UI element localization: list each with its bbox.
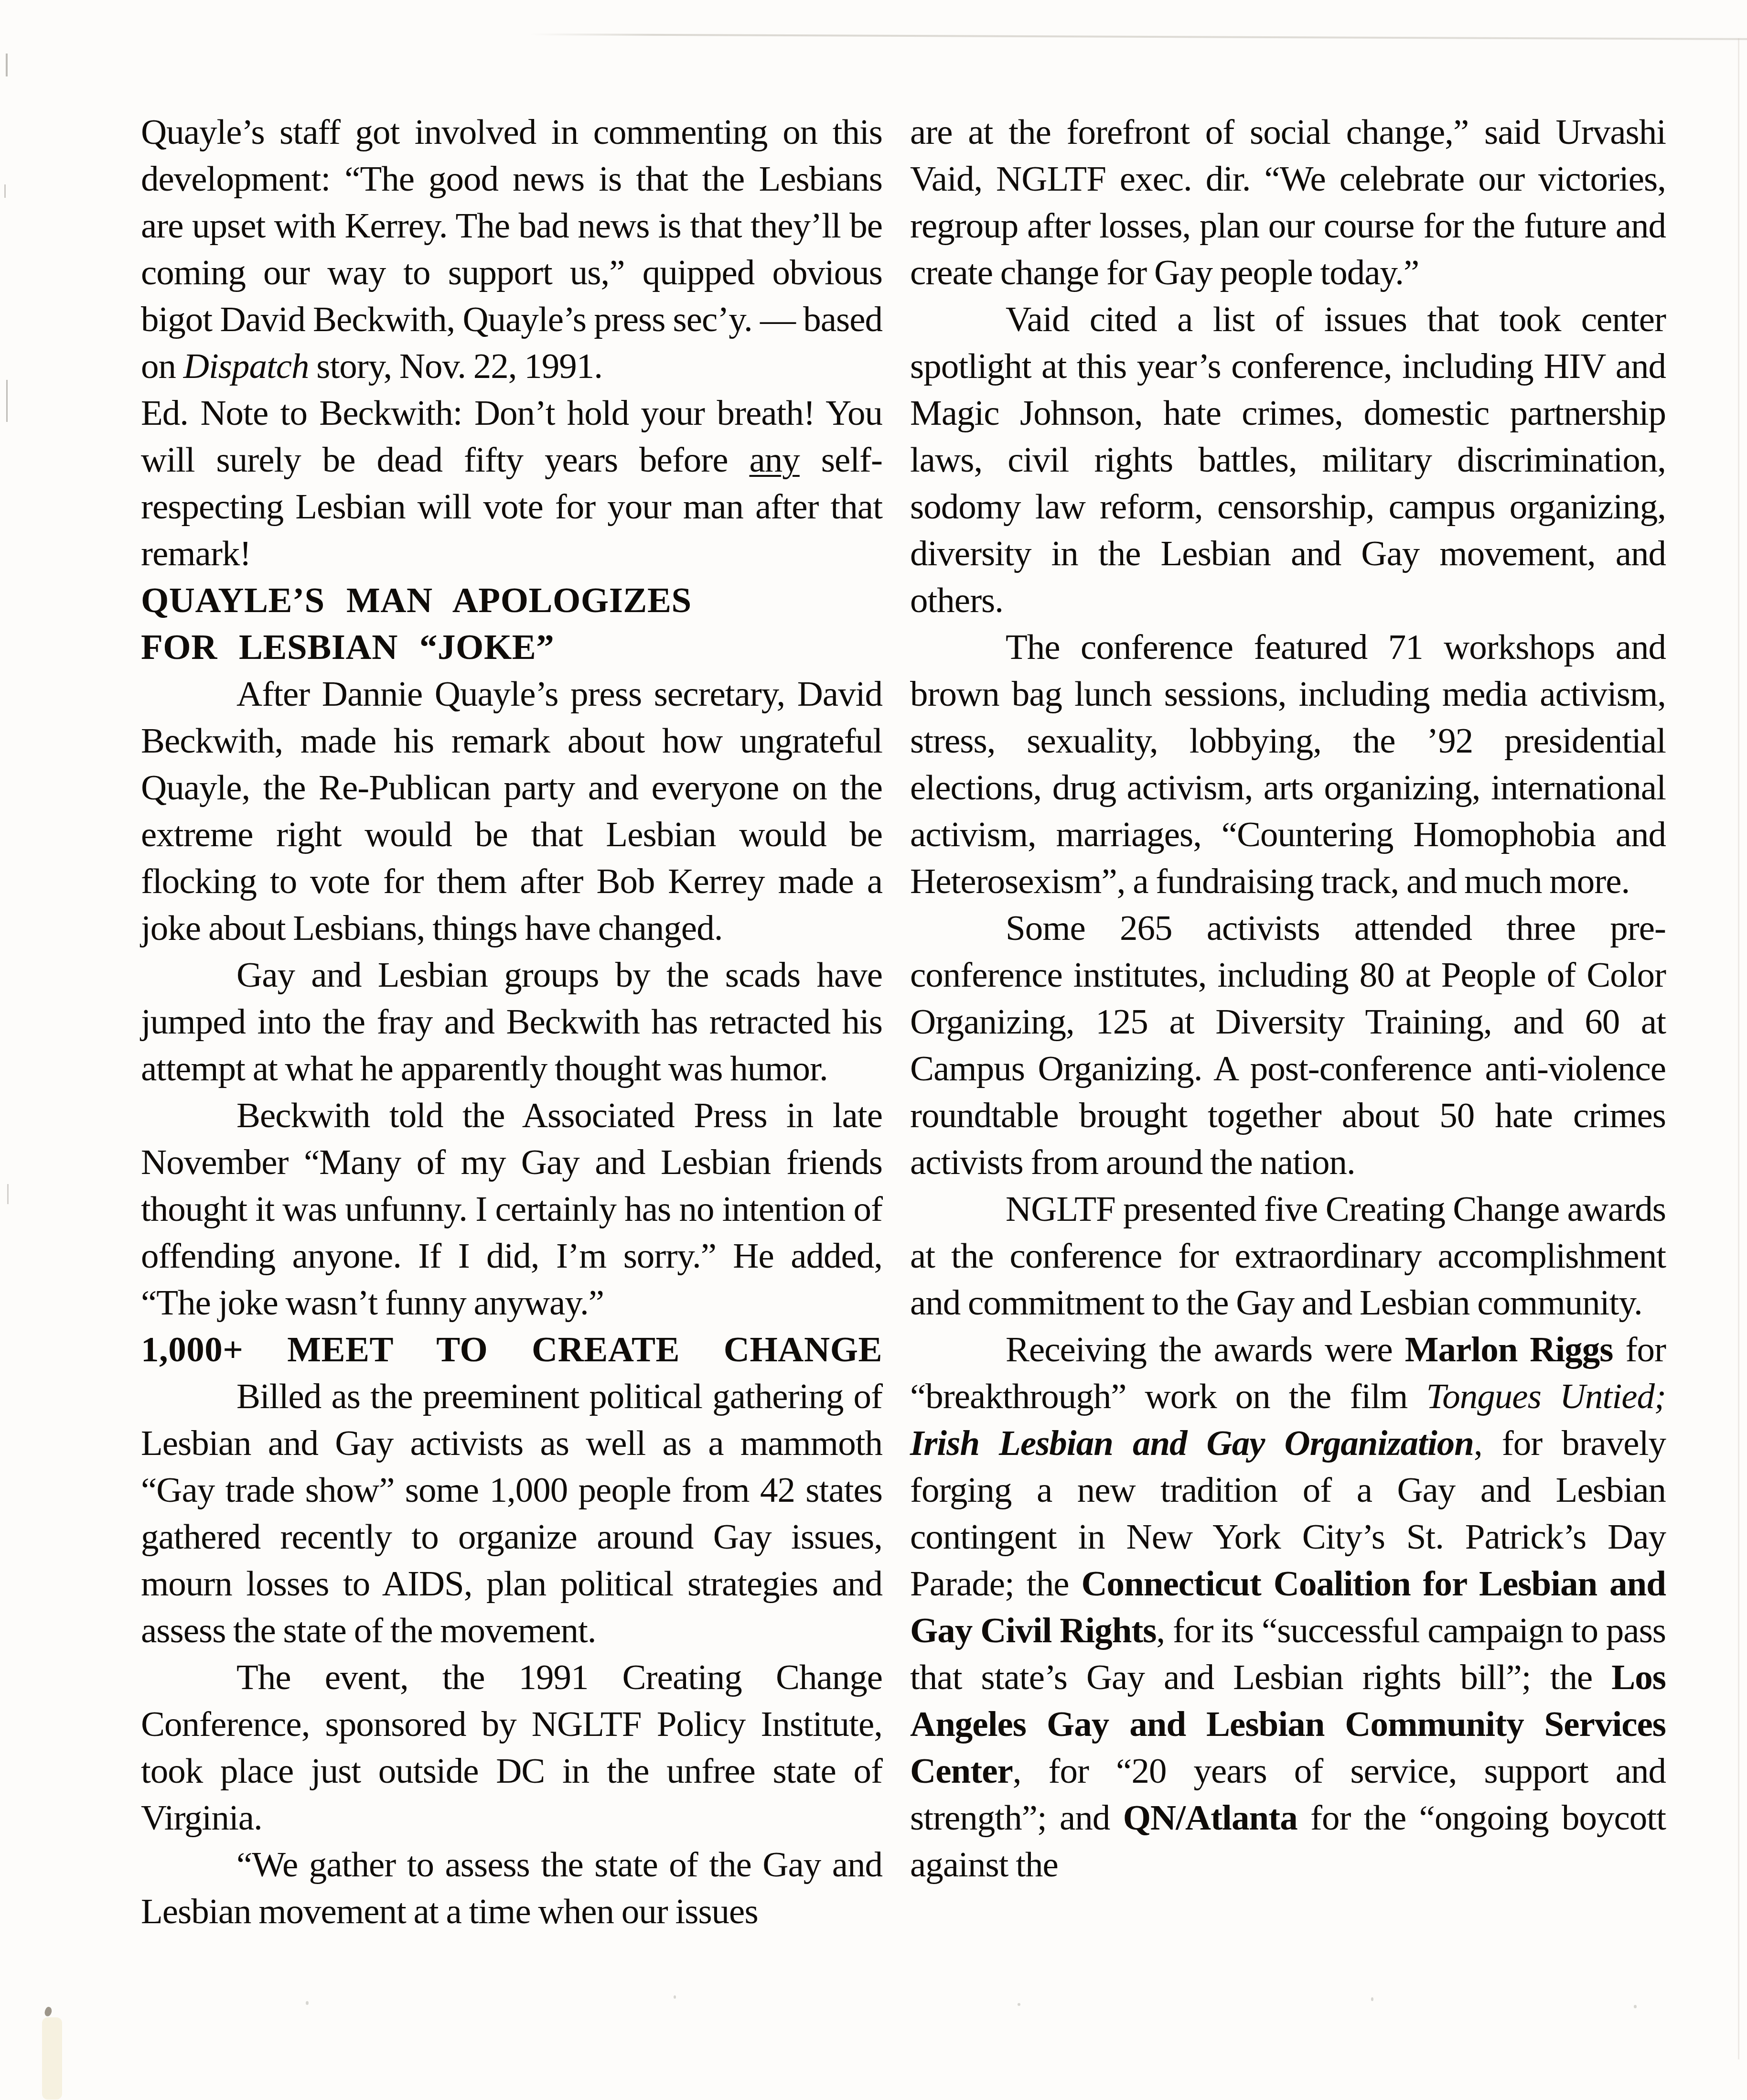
paragraph-text: NGLTF presented five Creating Change awa…: [910, 1189, 1666, 1323]
scan-noise-dot: [674, 1995, 676, 1999]
column-right: are at the forefront of social change,” …: [910, 109, 1666, 1935]
paragraph-text: Billed as the preeminent political gathe…: [141, 1377, 882, 1650]
headline-line: QUAYLE’S MAN APOLOGIZES: [141, 577, 882, 624]
bold-italic-ilgo: Irish Lesbian and Gay Organization: [910, 1423, 1474, 1463]
paragraph-the-event: The event, the 1991 Creating Change Conf…: [141, 1654, 882, 1842]
paragraph-after-dannie: After Dannie Quayle’s press secretary, D…: [141, 671, 882, 952]
headline-quayles-man-apologizes: QUAYLE’S MAN APOLOGIZESFOR LESBIAN “JOKE…: [141, 577, 882, 671]
italic-dispatch: Dispatch: [183, 346, 309, 386]
paragraph-text: story, Nov. 22, 1991.: [309, 346, 602, 386]
scan-edge-top-line: [530, 33, 1747, 40]
headline-line: FOR LESBIAN “JOKE”: [141, 624, 882, 671]
paragraph-some-265: Some 265 activists attended three pre-co…: [910, 905, 1666, 1186]
paragraph-forefront: are at the forefront of social change,” …: [910, 109, 1666, 296]
paragraph-text: After Dannie Quayle’s press secretary, D…: [141, 674, 882, 948]
two-column-text-area: Quayle’s staff got involved in commentin…: [141, 109, 1666, 1935]
scan-artifact-tick: [7, 1184, 9, 1204]
paragraph-conference-featured: The conference featured 71 workshops and…: [910, 624, 1666, 905]
scanned-newsletter-page: Quayle’s staff got involved in commentin…: [0, 0, 1747, 2100]
scan-artifact-tick: [6, 380, 8, 422]
paragraph-billed: Billed as the preeminent political gathe…: [141, 1373, 882, 1654]
paragraph-beckwith-ap: Beckwith told the Associated Press in la…: [141, 1092, 882, 1326]
paragraph-text: “We gather to assess the state of the Ga…: [141, 1845, 882, 1931]
scan-artifact-tick: [4, 184, 6, 198]
paragraph-quayle-staff: Quayle’s staff got involved in commentin…: [141, 109, 882, 390]
paragraph-text: Quayle’s staff got involved in commentin…: [141, 112, 882, 386]
scan-noise-dot: [1018, 2003, 1020, 2006]
paragraph-we-gather: “We gather to assess the state of the Ga…: [141, 1842, 882, 1935]
paragraph-text: Receiving the awards were: [1006, 1330, 1405, 1369]
paragraph-gay-lesbian-groups: Gay and Lesbian groups by the scads have…: [141, 952, 882, 1092]
headline-1000-meet: 1,000+ MEET TO CREATE CHANGE: [141, 1326, 882, 1373]
paragraph-text: Vaid cited a list of issues that took ce…: [910, 300, 1666, 620]
paragraph-text: Gay and Lesbian groups by the scads have…: [141, 955, 882, 1088]
scan-artifact-speck: [43, 2006, 53, 2017]
underlined-any: any: [750, 440, 800, 480]
scan-noise-dot: [1371, 1997, 1373, 2001]
column-left: Quayle’s staff got involved in commentin…: [141, 109, 882, 1935]
scan-artifact-streak: [42, 2017, 62, 2100]
headline-line: 1,000+ MEET TO CREATE CHANGE: [141, 1330, 882, 1369]
paragraph-receiving-awards: Receiving the awards were Marlon Riggs f…: [910, 1326, 1666, 1888]
paragraph-text: Beckwith told the Associated Press in la…: [141, 1096, 882, 1323]
paragraph-ngltf-awards: NGLTF presented five Creating Change awa…: [910, 1186, 1666, 1326]
paragraph-vaid-cited: Vaid cited a list of issues that took ce…: [910, 296, 1666, 624]
paragraph-ed-note: Ed. Note to Beckwith: Don’t hold your br…: [141, 390, 882, 577]
paragraph-text: The event, the 1991 Creating Change Conf…: [141, 1658, 882, 1838]
paragraph-text: are at the forefront of social change,” …: [910, 112, 1666, 292]
paragraph-text: The conference featured 71 workshops and…: [910, 627, 1666, 901]
italic-tongues-untied: Tongues Untied;: [1426, 1377, 1666, 1416]
bold-qn-atlanta: QN/Atlanta: [1123, 1798, 1297, 1838]
bold-marlon-riggs: Marlon Riggs: [1405, 1330, 1613, 1369]
scan-edge-right-line: [1738, 38, 1739, 2059]
paragraph-text: Some 265 activists attended three pre-co…: [910, 908, 1666, 1182]
scan-noise-dot: [306, 2001, 309, 2005]
scan-artifact-tick: [6, 54, 8, 76]
scan-noise-dot: [1634, 2005, 1637, 2008]
